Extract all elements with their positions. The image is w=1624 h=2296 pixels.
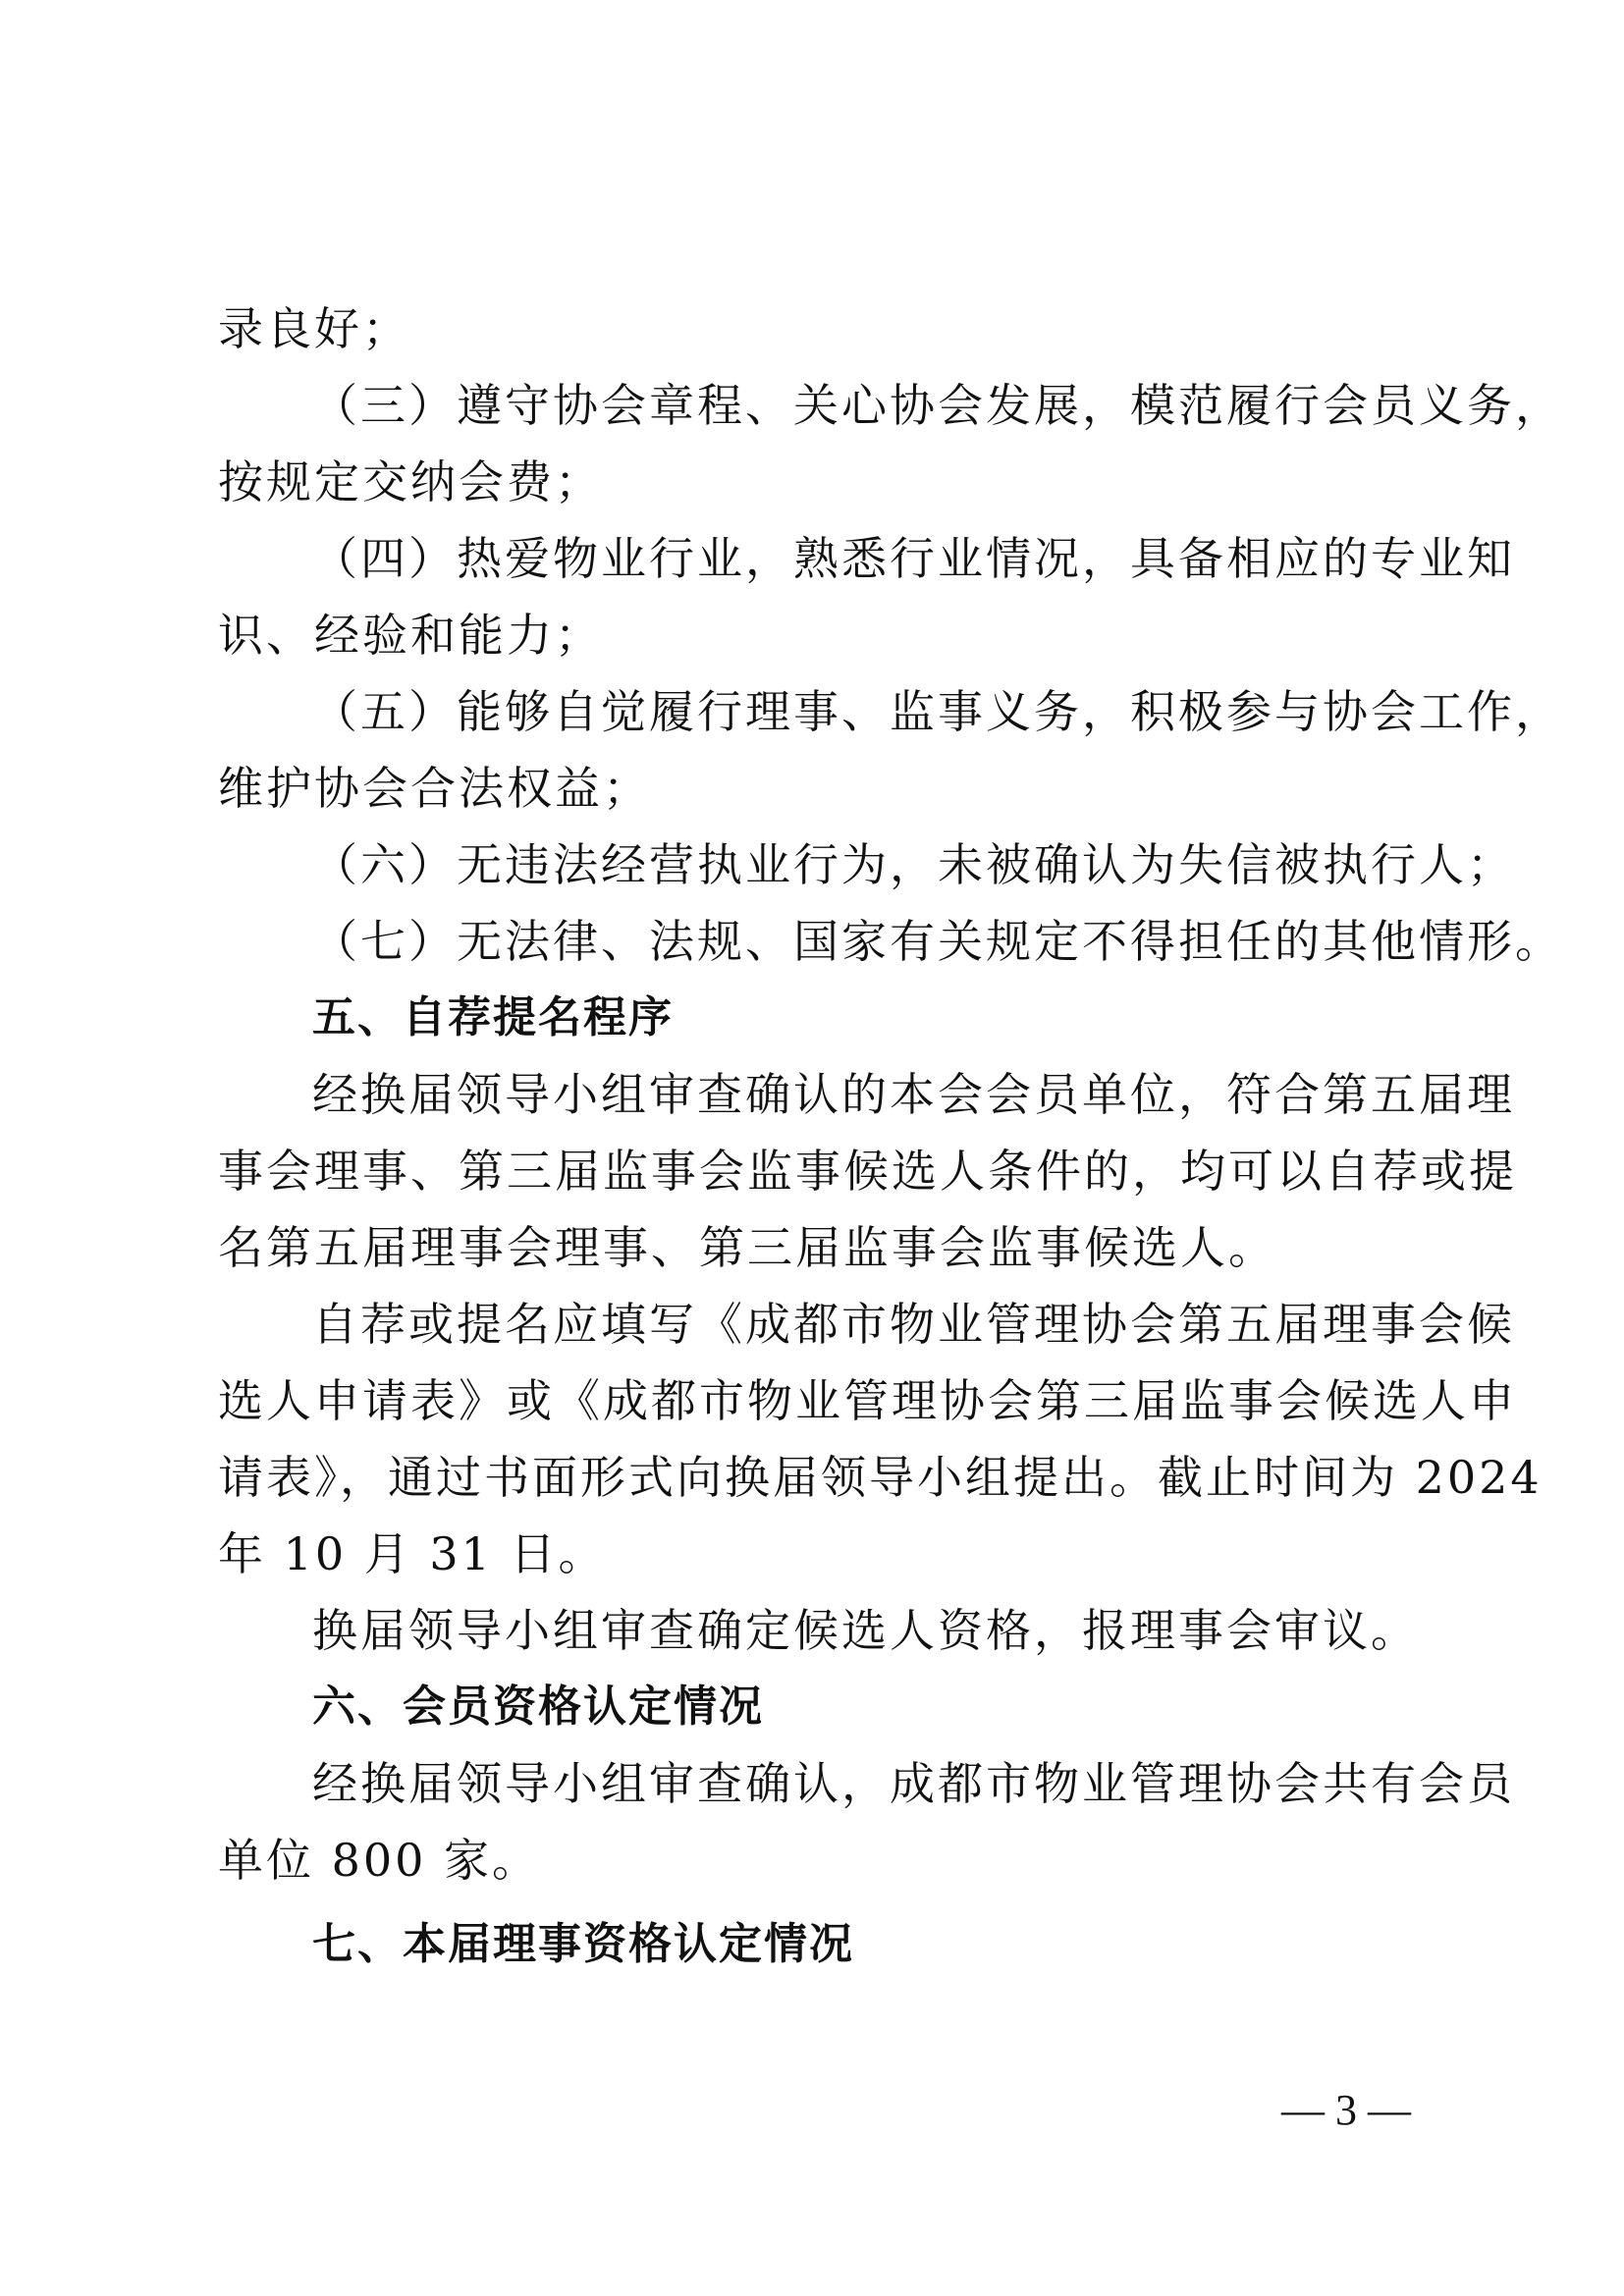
paragraph-line: 自荐或提名应填写《成都市物业管理协会第五届理事会候 — [312, 1286, 1414, 1362]
paragraph-line: 经换届领导小组审查确认，成都市物业管理协会共有会员 — [312, 1745, 1414, 1822]
body-text-line: 维护协会合法权益； — [218, 750, 1414, 827]
section-heading-6: 六、会员资格认定情况 — [312, 1669, 1414, 1745]
list-item-7: （七）无法律、法规、国家有关规定不得担任的其他情形。 — [312, 903, 1414, 980]
list-item-4: （四）热爱物业行业，熟悉行业情况，具备相应的专业知 — [312, 520, 1414, 597]
page-number: — 3 — — [1272, 2085, 1420, 2135]
section-heading-5: 五、自荐提名程序 — [312, 980, 1414, 1056]
paragraph-line: 选人申请表》或《成都市物业管理协会第三届监事会候选人申 — [218, 1362, 1414, 1439]
paragraph-line: 名第五届理事会理事、第三届监事会监事候选人。 — [218, 1209, 1414, 1286]
body-text-line: 按规定交纳会费； — [218, 444, 1414, 520]
list-item-5: （五）能够自觉履行理事、监事义务，积极参与协会工作， — [312, 673, 1414, 750]
paragraph-line: 请表》，通过书面形式向换届领导小组提出。截止时间为 2024 — [218, 1439, 1414, 1516]
list-item-3: （三）遵守协会章程、关心协会发展，模范履行会员义务， — [312, 367, 1414, 444]
paragraph-line: 换届领导小组审查确定候选人资格，报理事会审议。 — [312, 1592, 1414, 1669]
list-item-6: （六）无违法经营执业行为，未被确认为失信被执行人； — [312, 827, 1414, 903]
paragraph-line: 经换届领导小组审查确认的本会会员单位，符合第五届理 — [312, 1056, 1414, 1133]
paragraph-line: 年 10 月 31 日。 — [218, 1516, 1414, 1592]
paragraph-line: 单位 800 家。 — [218, 1822, 1414, 1898]
section-heading-7: 七、本届理事资格认定情况 — [312, 1906, 1414, 1983]
paragraph-line: 事会理事、第三届监事会监事候选人条件的，均可以自荐或提 — [218, 1133, 1414, 1209]
body-text-line: 录良好； — [218, 291, 1414, 367]
body-text-line: 识、经验和能力； — [218, 597, 1414, 673]
